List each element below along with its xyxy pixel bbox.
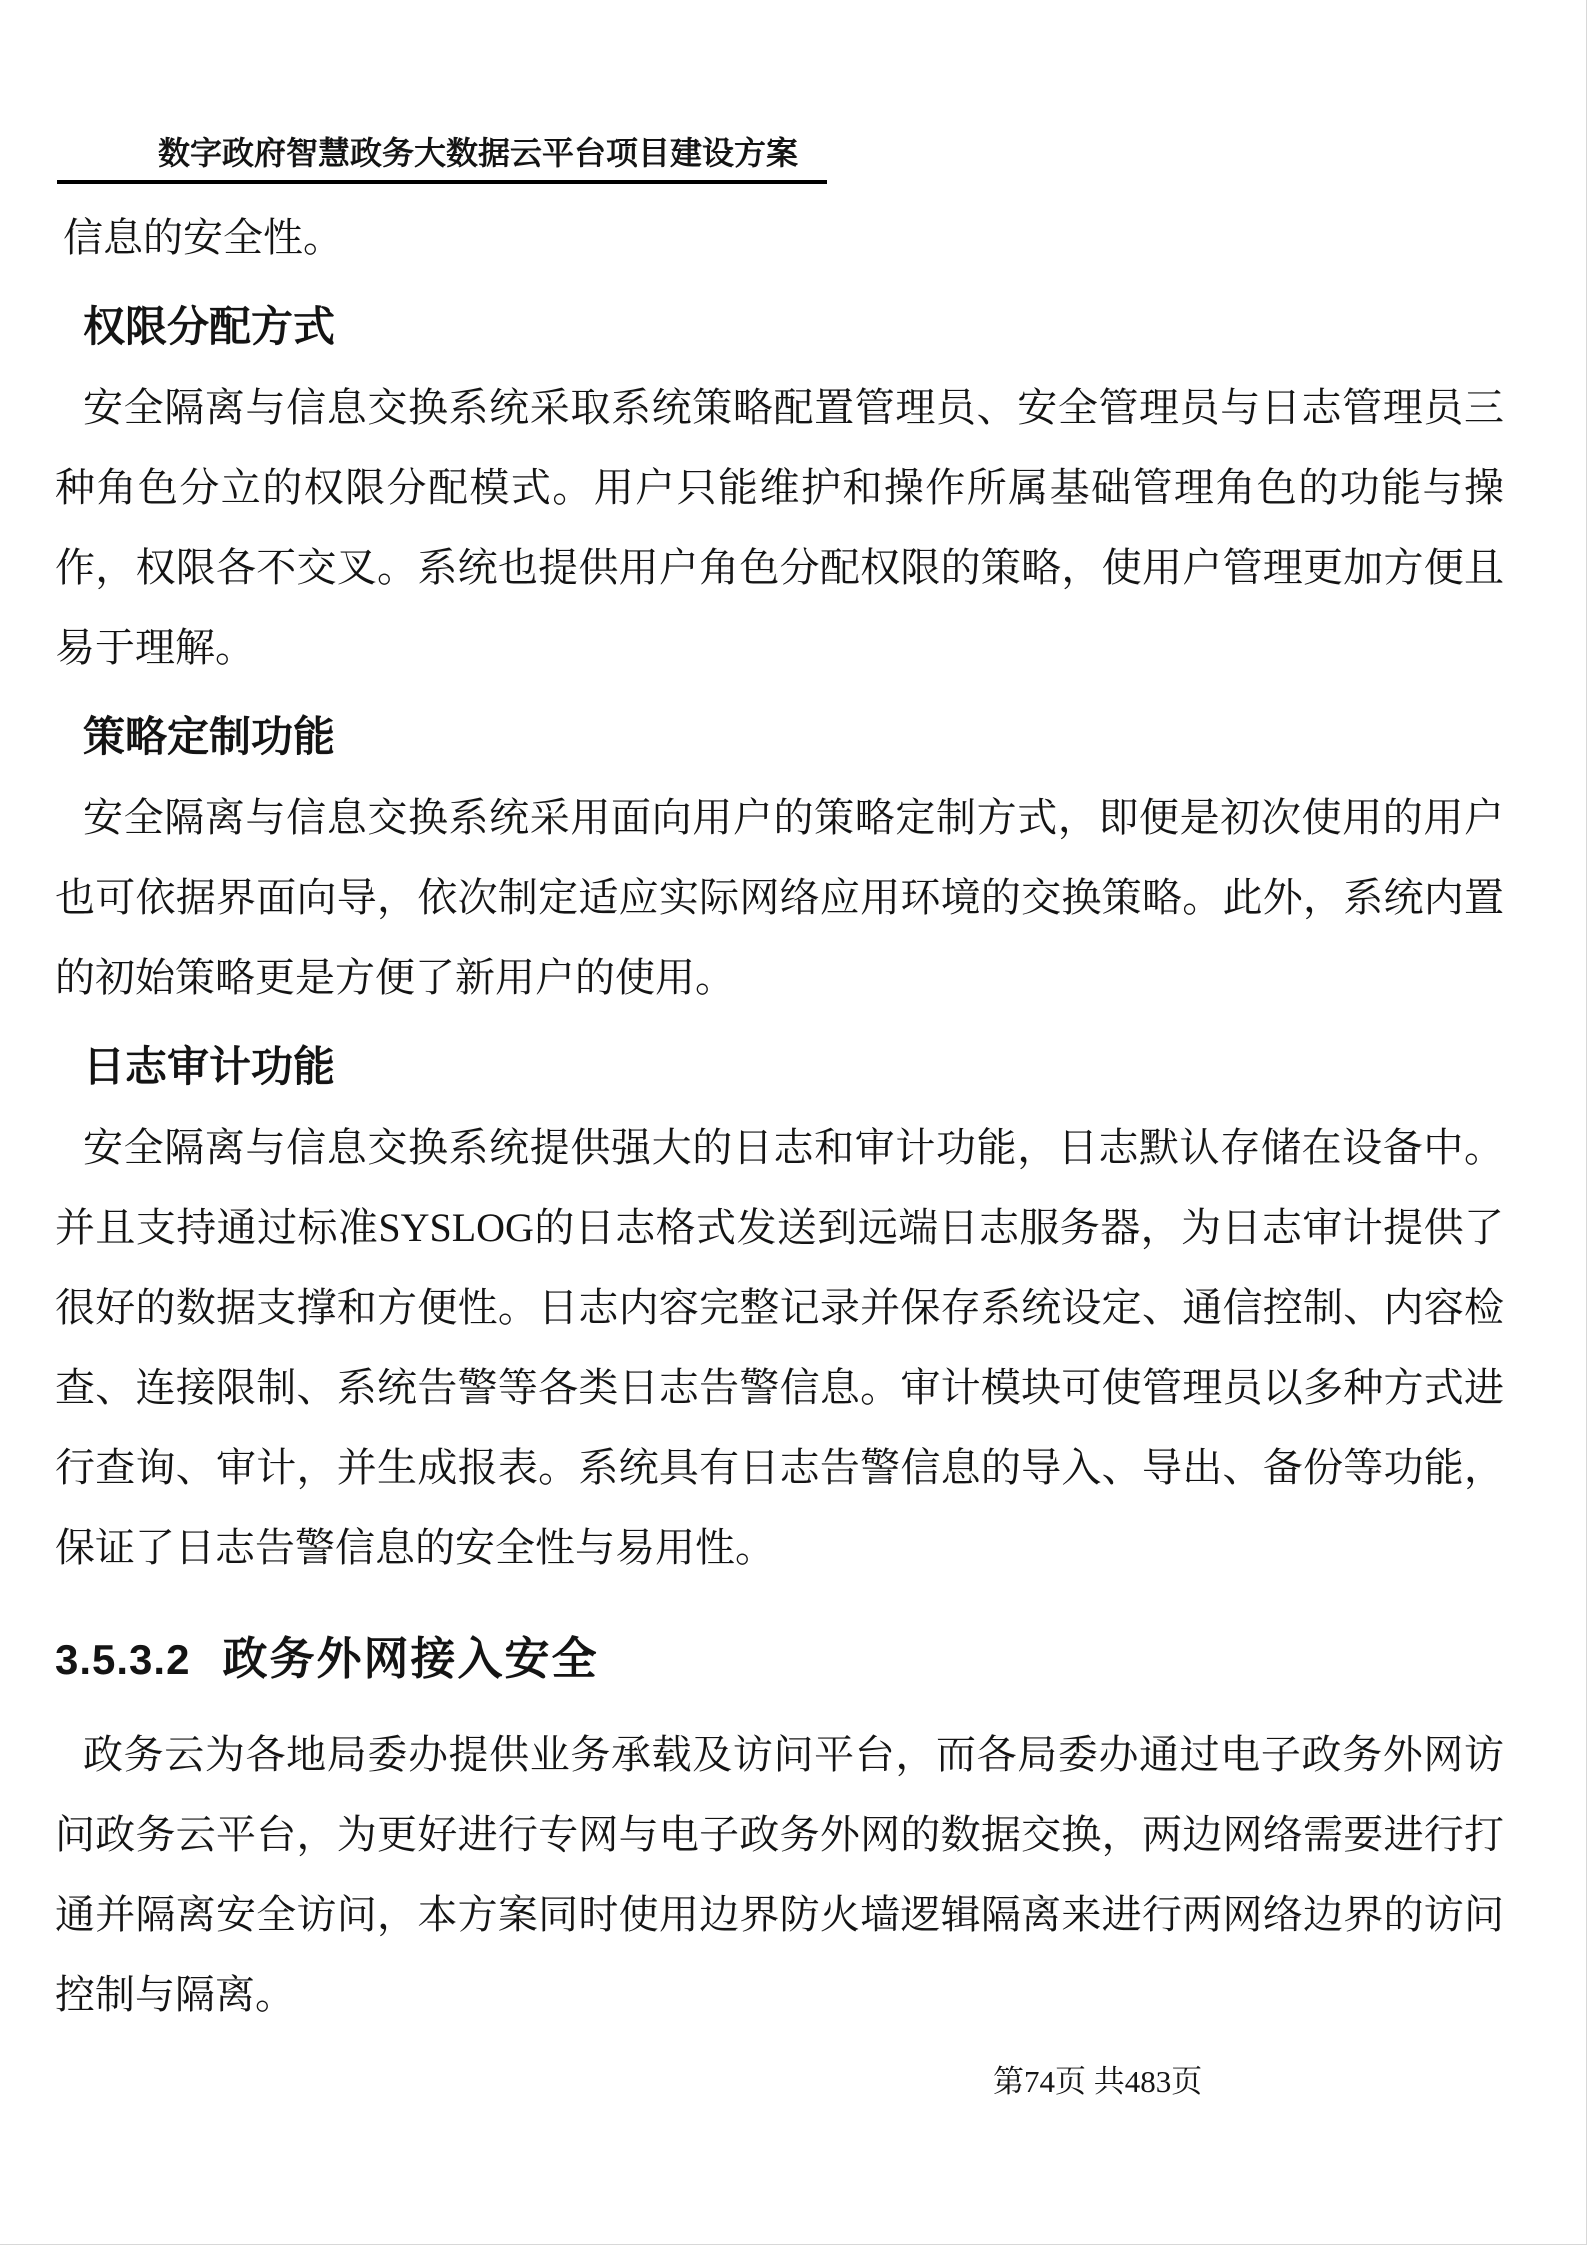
page-number-footer: 第74页 共483页 — [993, 2056, 1202, 2101]
paragraph-log-audit: 安全隔离与信息交换系统提供强大的日志和审计功能，日志默认存储在设备中。并且支持通… — [55, 1108, 1504, 1588]
sub-heading-permission-assignment: 权限分配方式 — [83, 288, 1504, 368]
section-title: 政务外网接入安全 — [222, 1622, 598, 1687]
section-heading-3-5-3-2: 3.5.3.2 政务外网接入安全 — [55, 1622, 1504, 1687]
section-number: 3.5.3.2 — [55, 1636, 190, 1684]
document-page: 数字政府智慧政务大数据云平台项目建设方案 信息的安全性。 权限分配方式 安全隔离… — [0, 0, 1587, 2245]
sub-heading-log-audit: 日志审计功能 — [83, 1028, 1504, 1108]
paragraph-extranet-access-security: 政务云为各地局委办提供业务承载及访问平台，而各局委办通过电子政务外网访问政务云平… — [55, 1715, 1504, 2035]
page-header: 数字政府智慧政务大数据云平台项目建设方案 — [57, 128, 827, 184]
document-body: 信息的安全性。 权限分配方式 安全隔离与信息交换系统采取系统策略配置管理员、安全… — [55, 198, 1504, 2035]
continuation-paragraph: 信息的安全性。 — [55, 198, 1504, 278]
sub-heading-policy-customization: 策略定制功能 — [83, 698, 1504, 778]
paragraph-permission-assignment: 安全隔离与信息交换系统采取系统策略配置管理员、安全管理员与日志管理员三种角色分立… — [55, 368, 1504, 688]
header-title: 数字政府智慧政务大数据云平台项目建设方案 — [57, 128, 827, 180]
paragraph-policy-customization: 安全隔离与信息交换系统采用面向用户的策略定制方式，即便是初次使用的用户也可依据界… — [55, 778, 1504, 1018]
